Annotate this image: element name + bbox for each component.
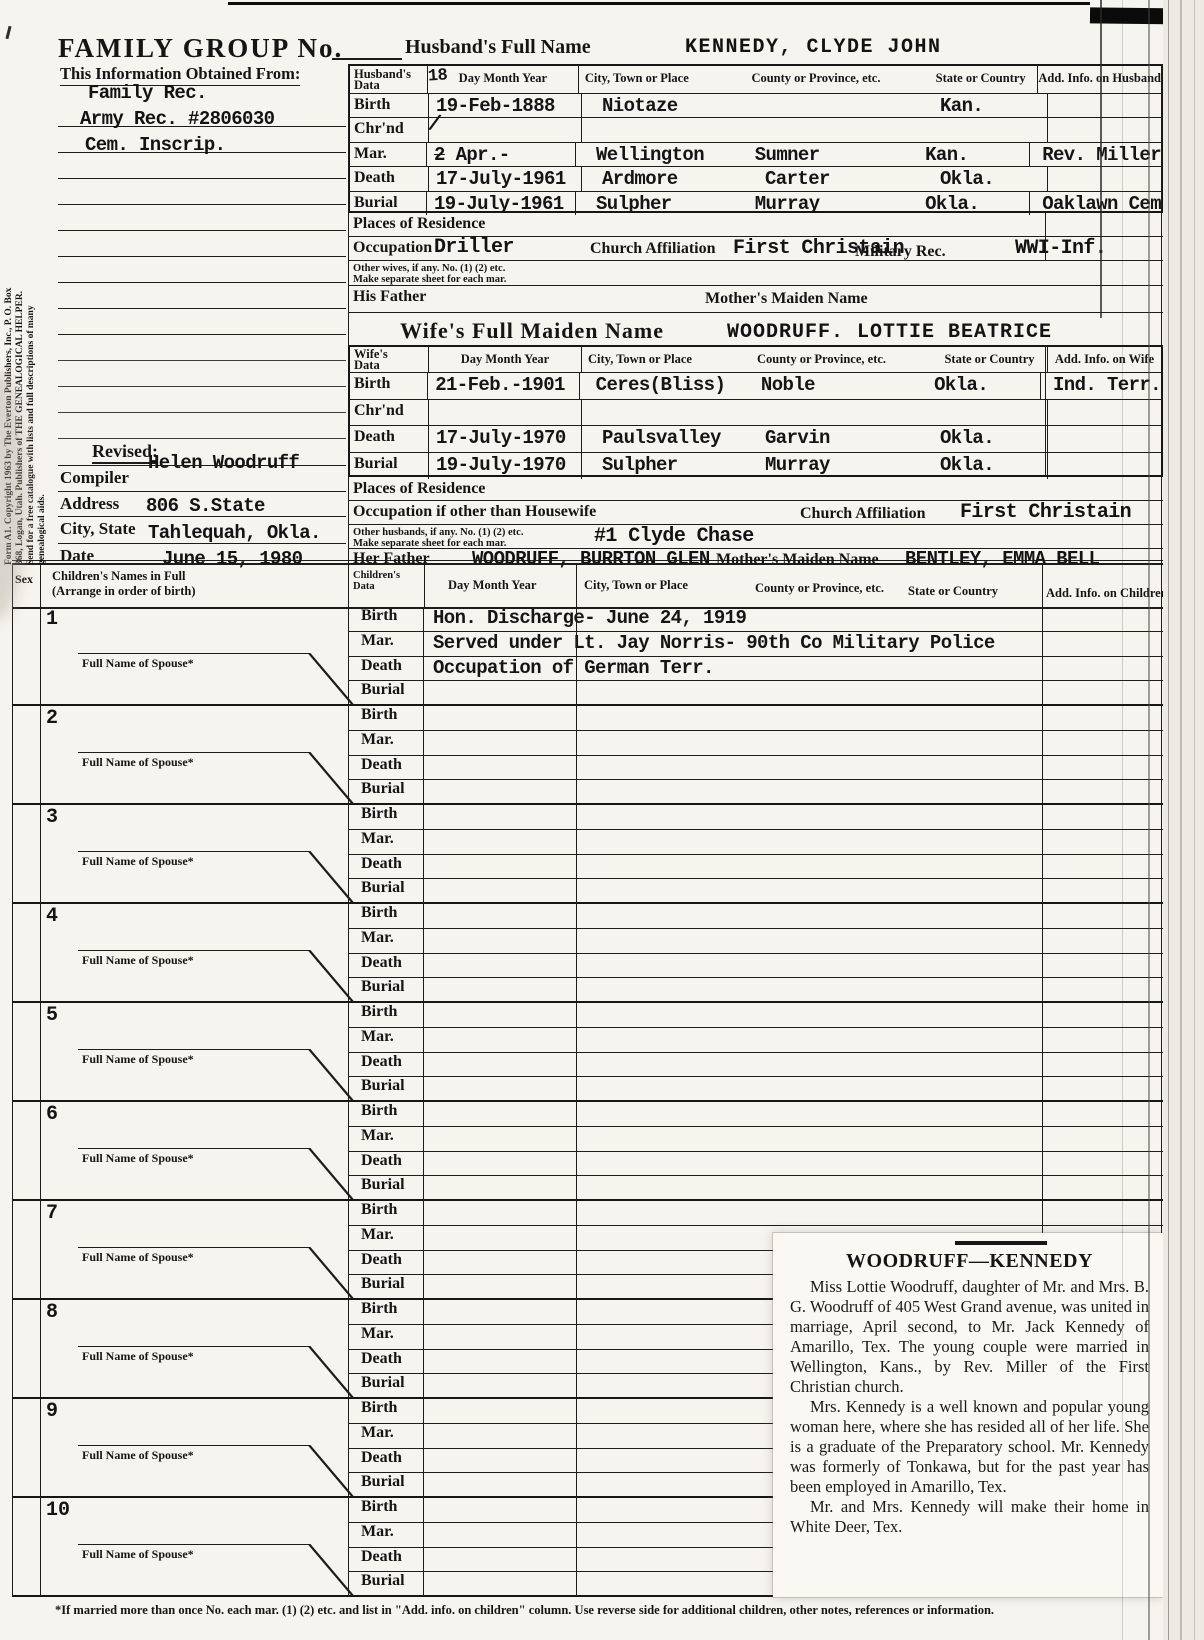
spouse-name-label: Full Name of Spouse*	[82, 1052, 194, 1067]
child-data-label: Burial	[348, 978, 424, 1003]
column-header-city: City, Town or Place	[579, 66, 752, 93]
spouse-name-label: Full Name of Spouse*	[82, 1349, 194, 1364]
column-header-city: City, Town or Place	[582, 347, 757, 372]
child-data-row: Death	[348, 954, 1163, 979]
scan-artifact-right-band	[1163, 0, 1204, 1640]
spouse-name-label: Full Name of Spouse*	[82, 1151, 194, 1166]
child-data-row: Death	[348, 855, 1163, 880]
child-data-label: Mar.	[348, 830, 424, 854]
child-data-label: Burial	[348, 1473, 424, 1498]
her-father-label: Her Father	[353, 550, 430, 568]
child-data-row: Death	[348, 1152, 1163, 1177]
husband-death-row: Death 17-July-1961 Ardmore Carter Okla.	[350, 166, 1161, 190]
child-number: 1	[46, 608, 58, 631]
child-data-area: BirthMar.DeathBurial	[348, 805, 1163, 902]
husband-data-table: Husband'sData Day Month Year City, Town …	[348, 64, 1163, 213]
spouse-name-line	[78, 1544, 310, 1545]
child-data-area: BirthMar.DeathBurial	[348, 1003, 1163, 1100]
husband-birth-row: Birth 19-Feb-1888 Niotaze Kan.	[350, 93, 1161, 117]
child-data-value	[424, 830, 1163, 854]
child-data-row: Burial	[348, 681, 1163, 706]
husband-places-label: Places of Residence	[353, 215, 485, 233]
child-data-value	[424, 1102, 1163, 1126]
husband-data-panel-label: Husband'sData	[350, 66, 428, 93]
husband-marriage-row: Mar. 2 Apr.- Wellington Sumner Kan. Rev.…	[350, 142, 1161, 166]
child-data-value: Hon. Discharge- June 24, 1919	[424, 607, 1163, 631]
child-data-row: Burial	[348, 1077, 1163, 1102]
child-data-value	[424, 929, 1163, 953]
child-data-value	[424, 706, 1163, 730]
scan-artifact-streak	[1100, 0, 1102, 318]
scan-artifact-top-line	[228, 2, 1090, 5]
address-label: Address	[60, 494, 119, 514]
column-header-city: City, Town or Place	[584, 578, 688, 593]
child-data-label: Burial	[348, 681, 424, 706]
child-data-label: Burial	[348, 1572, 424, 1597]
child-row: 4Full Name of Spouse*BirthMar.DeathBuria…	[12, 904, 1163, 1003]
wife-church-label: Church Affiliation	[800, 505, 926, 523]
child-data-label: Mar.	[348, 1028, 424, 1052]
compiler-value: Helen Woodruff	[148, 452, 299, 474]
column-header-addinfo: Add. Info. on Wife	[1047, 347, 1161, 372]
child-data-label: Burial	[348, 1374, 424, 1399]
child-data-label: Birth	[348, 1102, 424, 1126]
wife-burial-row: Burial 19-July-1970 Sulpher Murray Okla.	[350, 452, 1161, 479]
child-data-label: Mar.	[348, 632, 424, 656]
child-data-value	[424, 731, 1163, 755]
child-data-value	[424, 780, 1163, 805]
child-data-label: Death	[348, 1449, 424, 1473]
husband-full-name-value: KENNEDY, CLYDE JOHN	[685, 36, 942, 59]
child-data-area: BirthMar.DeathBurial	[348, 904, 1163, 1001]
husband-occupation-value: Driller	[434, 236, 514, 259]
wife-mother-maiden-value: BENTLEY, EMMA BELL	[905, 548, 1099, 570]
her-father-value: WOODRUFF, BURRTON GLEN	[472, 548, 710, 570]
child-data-label: Death	[348, 1152, 424, 1176]
child-data-row: Mar.	[348, 929, 1163, 954]
husband-occupation-label: Occupation	[353, 239, 432, 257]
child-data-label: Mar.	[348, 731, 424, 755]
other-wives-note: Other wives, if any. No. (1) (2) etc.Mak…	[353, 263, 506, 285]
child-data-row: Mar.	[348, 830, 1163, 855]
wife-data-panel-label: Wife'sData	[350, 347, 429, 372]
child-number: 4	[46, 905, 58, 928]
child-data-label: Death	[348, 954, 424, 978]
clipping-paragraph: Mr. and Mrs. Kennedy will make their hom…	[790, 1497, 1149, 1537]
child-data-label: Death	[348, 657, 424, 681]
spouse-name-line	[78, 1445, 310, 1446]
source-entry: Family Rec.	[88, 82, 207, 104]
child-data-row: Death	[348, 1053, 1163, 1078]
child-data-label: Death	[348, 855, 424, 879]
child-data-row: Mar.Served under Lt. Jay Norris- 90th Co…	[348, 632, 1163, 657]
newspaper-clipping: WOODRUFF—KENNEDY Miss Lottie Woodruff, d…	[773, 1233, 1163, 1597]
children-names-header: Children's Names in Full(Arrange in orde…	[52, 569, 196, 599]
child-number: 10	[46, 1499, 70, 1522]
child-data-label: Mar.	[348, 1325, 424, 1349]
scan-artifact-streak	[1122, 0, 1123, 1640]
child-data-label: Mar.	[348, 1226, 424, 1250]
column-header-date: Day Month Year	[429, 347, 582, 372]
child-data-row: BirthHon. Discharge- June 24, 1919	[348, 607, 1163, 632]
child-data-value	[424, 978, 1163, 1003]
child-data-label: Birth	[348, 1201, 424, 1225]
child-data-value	[424, 1152, 1163, 1176]
child-data-row: Death	[348, 756, 1163, 781]
child-data-value	[424, 1053, 1163, 1077]
child-data-label: Birth	[348, 607, 424, 631]
column-header-date: Day Month Year	[428, 66, 579, 93]
child-data-label: Mar.	[348, 1127, 424, 1151]
child-row: 6Full Name of Spouse*BirthMar.DeathBuria…	[12, 1102, 1163, 1201]
child-data-row: Birth	[348, 706, 1163, 731]
wife-birth-row: Birth 21-Feb.-1901 Ceres(Bliss) Noble Ok…	[350, 372, 1161, 399]
form-title: FAMILY GROUP No.	[58, 33, 343, 64]
wife-occupation-label: Occupation if other than Housewife	[353, 503, 596, 521]
child-data-label: Burial	[348, 1176, 424, 1201]
scan-artifact-pen-mark	[5, 26, 11, 39]
child-data-value	[424, 1028, 1163, 1052]
husband-burial-row: Burial 19-July-1961 Sulpher Murray Okla.…	[350, 191, 1161, 215]
child-data-value	[424, 1127, 1163, 1151]
child-data-label: Death	[348, 1053, 424, 1077]
child-data-row: DeathOccupation of German Terr.	[348, 657, 1163, 682]
child-data-label: Birth	[348, 1003, 424, 1027]
child-data-label: Death	[348, 1548, 424, 1572]
wife-maiden-name-value: WOODRUFF. LOTTIE BEATRICE	[727, 321, 1052, 344]
wife-places-label: Places of Residence	[353, 480, 485, 498]
other-husbands-note: Other husbands, if any. No. (1) (2) etc.…	[353, 527, 523, 549]
spouse-name-line	[78, 1346, 310, 1347]
clipping-top-rule	[955, 1241, 1047, 1245]
child-data-label: Burial	[348, 1275, 424, 1300]
child-data-label: Burial	[348, 1077, 424, 1102]
child-number: 2	[46, 707, 58, 730]
column-header-state: State or Country	[932, 347, 1047, 372]
address-value: 806 S.State	[146, 495, 265, 517]
husband-church-label: Church Affiliation	[590, 240, 716, 258]
child-data-value	[424, 1176, 1163, 1201]
source-entry: Army Rec. #2806030	[80, 108, 274, 130]
clipping-paragraph: Miss Lottie Woodruff, daughter of Mr. an…	[790, 1277, 1149, 1397]
child-data-value	[424, 805, 1163, 829]
his-father-label: His Father	[353, 288, 426, 306]
city-state-label: City, State	[60, 519, 136, 539]
husband-full-name-label: Husband's Full Name	[405, 36, 591, 59]
wife-maiden-name-label: Wife's Full Maiden Name	[400, 318, 664, 344]
husband-mother-maiden-label: Mother's Maiden Name	[705, 290, 868, 308]
spouse-name-line	[78, 653, 310, 654]
child-data-value	[424, 855, 1163, 879]
child-data-value: Occupation of German Terr.	[424, 657, 1163, 681]
child-number: 3	[46, 806, 58, 829]
source-entry: Cem. Inscrip.	[85, 134, 225, 156]
child-data-area: BirthHon. Discharge- June 24, 1919Mar.Se…	[348, 607, 1163, 704]
column-header-county: County or Province, etc.	[757, 347, 932, 372]
spouse-name-label: Full Name of Spouse*	[82, 1448, 194, 1463]
spouse-name-line	[78, 752, 310, 753]
child-data-row: Birth	[348, 1201, 1163, 1226]
city-state-value: Tahlequah, Okla.	[148, 522, 321, 544]
child-row: 2Full Name of Spouse*BirthMar.DeathBuria…	[12, 706, 1163, 805]
child-data-row: Mar.	[348, 731, 1163, 756]
wife-christened-row: Chr'nd	[350, 399, 1161, 426]
child-number: 6	[46, 1103, 58, 1126]
child-data-row: Burial	[348, 879, 1163, 904]
scan-artifact-streak	[1168, 0, 1169, 1640]
child-number: 7	[46, 1202, 58, 1225]
other-husbands-value: #1 Clyde Chase	[594, 525, 754, 548]
child-data-row: Burial	[348, 780, 1163, 805]
clipping-paragraph: Mrs. Kennedy is a well known and popular…	[790, 1397, 1149, 1497]
spouse-name-label: Full Name of Spouse*	[82, 1547, 194, 1562]
form-footnote: *If married more than once No. each mar.…	[55, 1603, 994, 1618]
spouse-name-label: Full Name of Spouse*	[82, 755, 194, 770]
child-number: 8	[46, 1301, 58, 1324]
scan-artifact-streak	[1180, 0, 1182, 1640]
spouse-name-label: Full Name of Spouse*	[82, 656, 194, 671]
wife-data-table: Wife'sData Day Month Year City, Town or …	[348, 345, 1163, 477]
military-record-value: WWI-Inf.	[1015, 237, 1106, 260]
child-data-value	[424, 904, 1163, 928]
column-header-state: State or Country	[908, 584, 998, 599]
child-data-label: Birth	[348, 904, 424, 928]
child-data-value: Served under Lt. Jay Norris- 90th Co Mil…	[424, 632, 1163, 656]
child-data-row: Birth	[348, 904, 1163, 929]
child-data-row: Birth	[348, 1102, 1163, 1127]
child-data-value	[424, 1077, 1163, 1102]
husband-church-value: First Christain	[733, 237, 904, 260]
child-row: 5Full Name of Spouse*BirthMar.DeathBuria…	[12, 1003, 1163, 1102]
struck-digit: 2	[434, 144, 445, 166]
child-data-label: Burial	[348, 780, 424, 805]
child-data-area: BirthMar.DeathBurial	[348, 706, 1163, 803]
child-data-label: Birth	[348, 1300, 424, 1324]
child-data-value	[424, 1201, 1163, 1225]
child-data-label: Mar.	[348, 929, 424, 953]
column-header-state: State or Country	[924, 66, 1037, 93]
compiler-label: Compiler	[60, 468, 129, 488]
child-data-label: Burial	[348, 879, 424, 904]
column-header-county: County or Province, etc.	[751, 66, 924, 93]
spouse-name-line	[78, 1247, 310, 1248]
spouse-name-line	[78, 1049, 310, 1050]
child-data-label: Death	[348, 1251, 424, 1275]
child-data-label: Death	[348, 1350, 424, 1374]
child-data-label: Birth	[348, 805, 424, 829]
child-data-row: Burial	[348, 1176, 1163, 1201]
child-number: 5	[46, 1004, 58, 1027]
spouse-name-label: Full Name of Spouse*	[82, 854, 194, 869]
wife-death-row: Death 17-July-1970 Paulsvalley Garvin Ok…	[350, 425, 1161, 452]
column-header-county: County or Province, etc.	[755, 581, 884, 596]
child-data-value	[424, 681, 1163, 706]
child-data-value	[424, 756, 1163, 780]
child-data-row: Birth	[348, 805, 1163, 830]
spouse-name-label: Full Name of Spouse*	[82, 953, 194, 968]
scan-artifact-streak	[1194, 0, 1195, 1640]
child-data-row: Mar.	[348, 1127, 1163, 1152]
child-data-label: Birth	[348, 1498, 424, 1522]
clipping-headline: WOODRUFF—KENNEDY	[790, 1250, 1149, 1273]
husband-christened-row: Chr'nd	[350, 117, 1161, 141]
child-data-label: Birth	[348, 1399, 424, 1423]
child-data-value	[424, 879, 1163, 904]
child-data-row: Burial	[348, 978, 1163, 1003]
child-data-area: BirthMar.DeathBurial	[348, 1102, 1163, 1199]
title-underline	[332, 58, 402, 60]
spouse-name-line	[78, 851, 310, 852]
column-header-date: Day Month Year	[448, 578, 536, 593]
child-data-row: Birth	[348, 1003, 1163, 1028]
child-row: 1Full Name of Spouse*BirthHon. Discharge…	[12, 607, 1163, 706]
spouse-name-line	[78, 950, 310, 951]
handwritten-mark: 18	[427, 66, 447, 86]
child-data-row: Mar.	[348, 1028, 1163, 1053]
family-group-record-scan: FAMILY GROUP No. Husband's Full Name KEN…	[0, 0, 1204, 1640]
child-row: 3Full Name of Spouse*BirthMar.DeathBuria…	[12, 805, 1163, 904]
wife-church-value: First Christain	[960, 501, 1131, 524]
child-data-value	[424, 954, 1163, 978]
children-data-panel-label: Children'sData	[353, 570, 400, 592]
child-data-label: Death	[348, 756, 424, 780]
child-number: 9	[46, 1400, 58, 1423]
child-data-value	[424, 1003, 1163, 1027]
spouse-name-label: Full Name of Spouse*	[82, 1250, 194, 1265]
child-data-label: Mar.	[348, 1523, 424, 1547]
scan-artifact-streak	[1148, 0, 1150, 1640]
child-data-label: Birth	[348, 706, 424, 730]
date-value: June 15, 1980	[162, 548, 302, 570]
spouse-name-line	[78, 1148, 310, 1149]
child-data-label: Mar.	[348, 1424, 424, 1448]
